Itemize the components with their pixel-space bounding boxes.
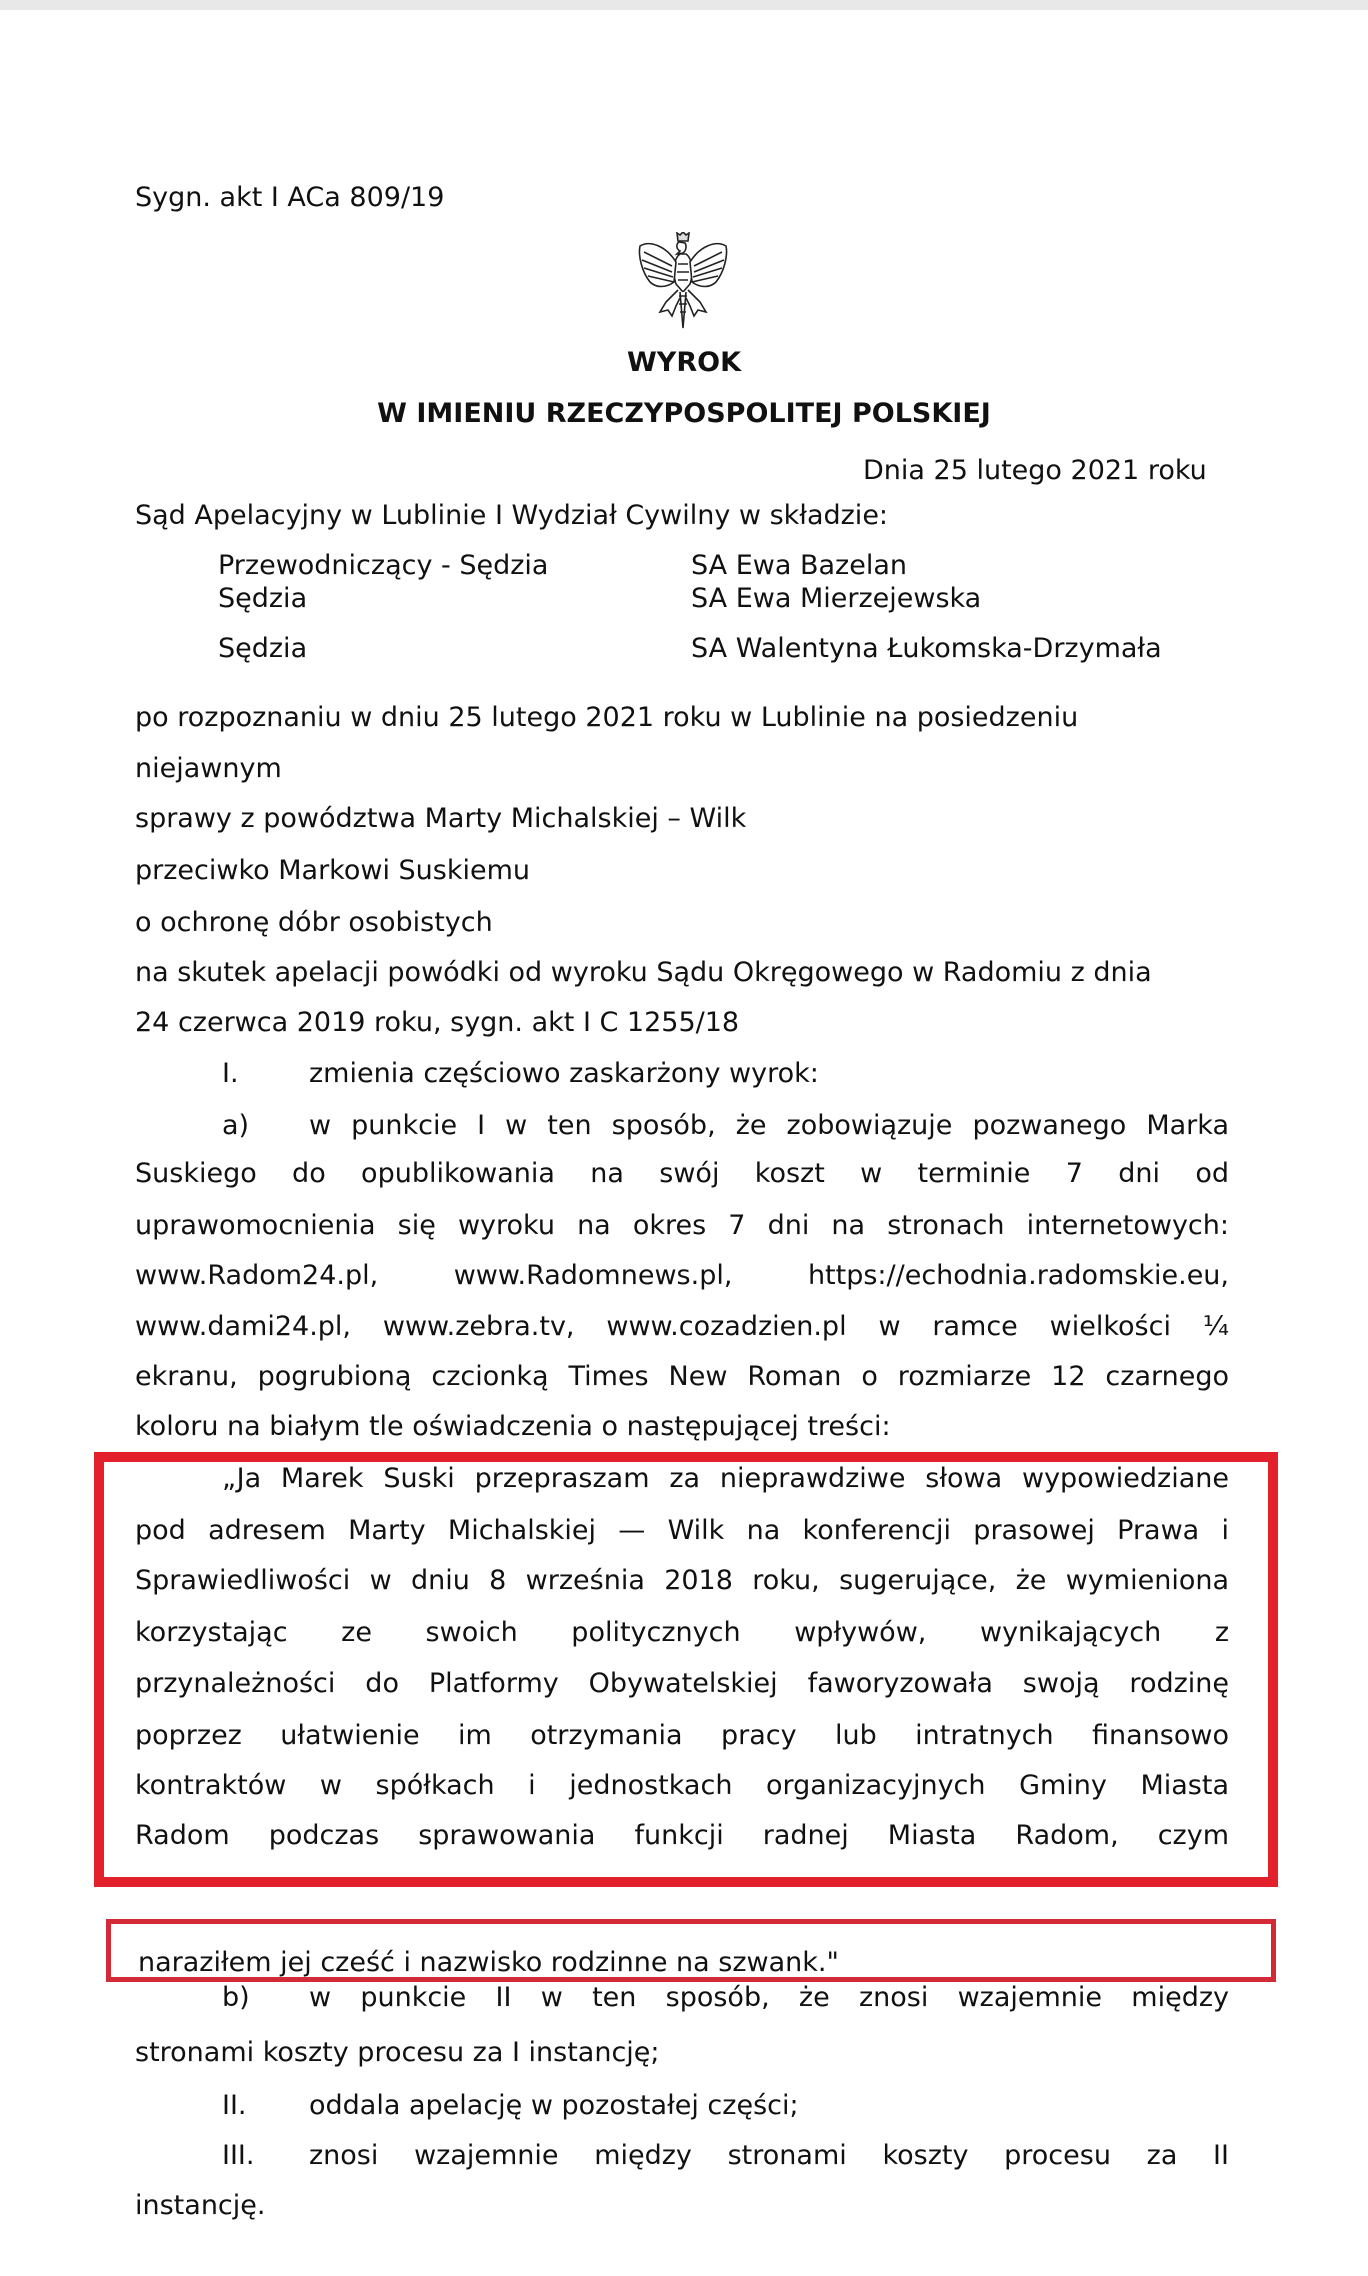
judge-role: Sędzia bbox=[218, 633, 307, 665]
quote-line: naraziłem jej cześć i nazwisko rodzinne … bbox=[138, 1947, 839, 1979]
point-text: w punkcie II w ten sposób, że znosi wzaj… bbox=[309, 1982, 1229, 2014]
quote-line: Radom podczas sprawowania funkcji radnej… bbox=[135, 1820, 1229, 1852]
case-signature: Sygn. akt I ACa 809/19 bbox=[135, 182, 444, 214]
quote-line: Sprawiedliwości w dniu 8 września 2018 r… bbox=[135, 1565, 1229, 1597]
point-text: Suskiego do opublikowania na swój koszt … bbox=[135, 1158, 1229, 1190]
quote-line: kontraktów w spółkach i jednostkach orga… bbox=[135, 1770, 1229, 1802]
point-marker: I. bbox=[222, 1058, 239, 1090]
point-text: w punkcie I w ten sposób, że zobowiązuje… bbox=[309, 1110, 1229, 1142]
judge-name: SA Ewa Bazelan bbox=[691, 550, 907, 582]
point-text: uprawomocnienia się wyroku na okres 7 dn… bbox=[135, 1210, 1229, 1242]
intro-line: po rozpoznaniu w dniu 25 lutego 2021 rok… bbox=[135, 702, 1078, 734]
point-text: ekranu, pogrubioną czcionką Times New Ro… bbox=[135, 1361, 1229, 1393]
point-marker: II. bbox=[222, 2090, 247, 2122]
point-marker: a) bbox=[222, 1110, 249, 1142]
intro-line: o ochronę dóbr osobistych bbox=[135, 907, 493, 939]
judge-name: SA Ewa Mierzejewska bbox=[691, 583, 981, 615]
point-text: instancję. bbox=[135, 2190, 265, 2222]
intro-line: niejawnym bbox=[135, 753, 282, 785]
quote-line: przynależności do Platformy Obywatelskie… bbox=[135, 1668, 1229, 1700]
point-text: zmienia częściowo zaskarżony wyrok: bbox=[309, 1058, 819, 1090]
judgment-title: WYROK bbox=[0, 347, 1368, 379]
point-text: oddala apelację w pozostałej części; bbox=[309, 2090, 799, 2122]
point-text: koloru na białym tle oświadczenia o nast… bbox=[135, 1411, 891, 1443]
quote-line: poprzez ułatwienie im otrzymania pracy l… bbox=[135, 1720, 1229, 1752]
point-text: www.Radom24.pl, www.Radomnews.pl, https:… bbox=[135, 1260, 1229, 1292]
point-text: stronami koszty procesu za I instancję; bbox=[135, 2037, 660, 2069]
quote-line: pod adresem Marty Michalskiej — Wilk na … bbox=[135, 1515, 1229, 1547]
intro-line: 24 czerwca 2019 roku, sygn. akt I C 1255… bbox=[135, 1007, 739, 1039]
intro-line: na skutek apelacji powódki od wyroku Sąd… bbox=[135, 957, 1152, 989]
point-text: www.dami24.pl, www.zebra.tv, www.cozadzi… bbox=[135, 1311, 1229, 1343]
court-composition: Sąd Apelacyjny w Lublinie I Wydział Cywi… bbox=[135, 500, 888, 532]
point-marker: III. bbox=[222, 2140, 254, 2172]
intro-line: przeciwko Markowi Suskiemu bbox=[135, 855, 530, 887]
point-marker: b) bbox=[222, 1982, 250, 2014]
judgment-date: Dnia 25 lutego 2021 roku bbox=[863, 455, 1207, 487]
judgment-subtitle: W IMIENIU RZECZYPOSPOLITEJ POLSKIEJ bbox=[0, 398, 1368, 430]
quote-line: korzystając ze swoich politycznych wpływ… bbox=[135, 1617, 1229, 1649]
judge-role: Przewodniczący - Sędzia bbox=[218, 550, 548, 582]
quote-line: „Ja Marek Suski przepraszam za nieprawdz… bbox=[222, 1463, 1229, 1495]
top-bar bbox=[0, 0, 1368, 10]
point-text: znosi wzajemnie między stronami koszty p… bbox=[309, 2140, 1229, 2172]
judge-name: SA Walentyna Łukomska-Drzymała bbox=[691, 633, 1162, 665]
polish-eagle-icon bbox=[636, 232, 730, 330]
judge-role: Sędzia bbox=[218, 583, 307, 615]
intro-line: sprawy z powództwa Marty Michalskiej – W… bbox=[135, 803, 746, 835]
